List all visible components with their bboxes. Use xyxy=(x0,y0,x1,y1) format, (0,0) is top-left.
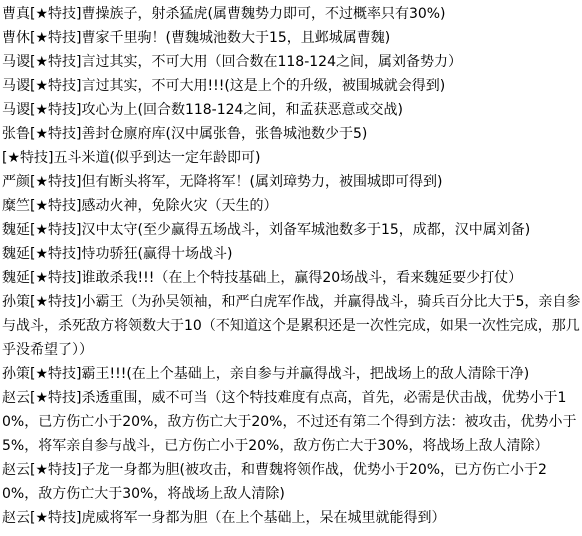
skill-description: 恃功骄狂(赢得十场战斗) xyxy=(81,246,232,262)
skill-description: 五斗米道(似乎到达一定年龄即可) xyxy=(53,150,260,166)
skill-entry: 严颜[★特技]但有断头将军，无降将军！(属刘璋势力，被围城即可得到) xyxy=(2,170,582,194)
skill-description: 感动火神，免除火灾（天生的） xyxy=(81,198,277,214)
skill-entry: 魏延[★特技]恃功骄狂(赢得十场战斗) xyxy=(2,242,582,266)
general-name: 孙策 xyxy=(2,294,30,310)
special-skill-tag: [★特技] xyxy=(30,126,81,142)
general-name: 赵云 xyxy=(2,510,30,526)
skill-description: 言过其实，不可大用（回合数在118-124之间，属刘备势力） xyxy=(81,54,462,70)
general-name: 曹真 xyxy=(2,6,30,22)
general-name: 马谡 xyxy=(2,54,30,70)
skill-entry: 魏延[★特技]谁敢杀我!!!（在上个特技基础上，赢得20场战斗，看来魏延要少打仗… xyxy=(2,266,582,290)
skills-document: 曹真[★特技]曹操族子，射杀猛虎(属曹魏势力即可，不过概率只有30%) 曹休[★… xyxy=(0,0,582,536)
skill-description: 曹家千里驹！(曹魏城池数大于15，且邺城属曹魏) xyxy=(81,30,390,46)
skill-description: 言过其实，不可大用!!!(这是上个的升级，被围城就会得到) xyxy=(81,78,445,94)
special-skill-tag: [★特技] xyxy=(30,30,81,46)
general-name: 糜竺 xyxy=(2,198,30,214)
skill-entry: 赵云[★特技]杀透重围，威不可当（这个特技难度有点高，首先，必需是伏击战，优势小… xyxy=(2,386,582,458)
skill-description: 汉中太守(至少赢得五场战斗，刘备军城池数多于15，成都，汉中属刘备) xyxy=(81,222,530,238)
skill-description: 小霸王（为孙吴领袖，和严白虎军作战，并赢得战斗，骑兵百分比大于5，亲自参与战斗，… xyxy=(2,294,580,358)
special-skill-tag: [★特技] xyxy=(30,390,81,406)
skill-entry: 马谡[★特技]言过其实，不可大用!!!(这是上个的升级，被围城就会得到) xyxy=(2,74,582,98)
skill-description: 曹操族子，射杀猛虎(属曹魏势力即可，不过概率只有30%) xyxy=(81,6,445,22)
special-skill-tag: [★特技] xyxy=(30,294,81,310)
skill-entry: 曹休[★特技]曹家千里驹！(曹魏城池数大于15，且邺城属曹魏) xyxy=(2,26,582,50)
skill-entry: 孙策[★特技]霸王!!!(在上个基础上，亲自参与并赢得战斗，把战场上的敌人清除干… xyxy=(2,362,582,386)
special-skill-tag: [★特技] xyxy=(30,198,81,214)
general-name: 孙策 xyxy=(2,366,30,382)
skill-entry: 张鲁[★特技]善封仓廪府库(汉中属张鲁，张鲁城池数少于5) xyxy=(2,122,582,146)
skill-entry: 孙策[★特技]小霸王（为孙吴领袖，和严白虎军作战，并赢得战斗，骑兵百分比大于5，… xyxy=(2,290,582,362)
skill-description: 杀透重围，威不可当（这个特技难度有点高，首先，必需是伏击战，优势小于10%，已方… xyxy=(2,390,576,454)
skill-entry: 马谡[★特技]言过其实，不可大用（回合数在118-124之间，属刘备势力） xyxy=(2,50,582,74)
skill-entry: 糜竺[★特技]感动火神，免除火灾（天生的） xyxy=(2,194,582,218)
general-name: 马谡 xyxy=(2,78,30,94)
special-skill-tag: [★特技] xyxy=(30,6,81,22)
special-skill-tag: [★特技] xyxy=(30,222,81,238)
special-skill-tag: [★特技] xyxy=(30,78,81,94)
special-skill-tag: [★特技] xyxy=(30,366,81,382)
skill-entry: 赵云[★特技]子龙一身都为胆(被攻击，和曹魏将领作战，优势小于20%，已方伤亡小… xyxy=(2,458,582,506)
skill-description: 谁敢杀我!!!（在上个特技基础上，赢得20场战斗，看来魏延要少打仗） xyxy=(81,270,522,286)
skill-entry: 马谡[★特技]攻心为上(回合数118-124之间，和孟获恶意或交战) xyxy=(2,98,582,122)
general-name: 马谡 xyxy=(2,102,30,118)
general-name: 魏延 xyxy=(2,222,30,238)
skill-entry: [★特技]五斗米道(似乎到达一定年龄即可) xyxy=(2,146,582,170)
skill-entry: 魏延[★特技]汉中太守(至少赢得五场战斗，刘备军城池数多于15，成都，汉中属刘备… xyxy=(2,218,582,242)
special-skill-tag: [★特技] xyxy=(30,174,81,190)
special-skill-tag: [★特技] xyxy=(30,462,81,478)
skill-description: 攻心为上(回合数118-124之间，和孟获恶意或交战) xyxy=(81,102,402,118)
general-name: 严颜 xyxy=(2,174,30,190)
skill-description: 虎威将军一身都为胆（在上个基础上，呆在城里就能得到） xyxy=(81,510,445,526)
special-skill-tag: [★特技] xyxy=(2,150,53,166)
general-name: 张鲁 xyxy=(2,126,30,142)
general-name: 赵云 xyxy=(2,462,30,478)
general-name: 赵云 xyxy=(2,390,30,406)
skill-description: 霸王!!!(在上个基础上，亲自参与并赢得战斗，把战场上的敌人清除干净) xyxy=(81,366,529,382)
skill-description: 善封仓廪府库(汉中属张鲁，张鲁城池数少于5) xyxy=(81,126,367,142)
skill-entry: 曹真[★特技]曹操族子，射杀猛虎(属曹魏势力即可，不过概率只有30%) xyxy=(2,2,582,26)
skill-description: 但有断头将军，无降将军！(属刘璋势力，被围城即可得到) xyxy=(81,174,442,190)
special-skill-tag: [★特技] xyxy=(30,510,81,526)
special-skill-tag: [★特技] xyxy=(30,102,81,118)
special-skill-tag: [★特技] xyxy=(30,54,81,70)
special-skill-tag: [★特技] xyxy=(30,246,81,262)
general-name: 曹休 xyxy=(2,30,30,46)
skill-description: 子龙一身都为胆(被攻击，和曹魏将领作战，优势小于20%，已方伤亡小于20%，敌方… xyxy=(2,462,547,502)
general-name: 魏延 xyxy=(2,270,30,286)
general-name: 魏延 xyxy=(2,246,30,262)
skill-entry: 赵云[★特技]虎威将军一身都为胆（在上个基础上，呆在城里就能得到） xyxy=(2,506,582,530)
special-skill-tag: [★特技] xyxy=(30,270,81,286)
